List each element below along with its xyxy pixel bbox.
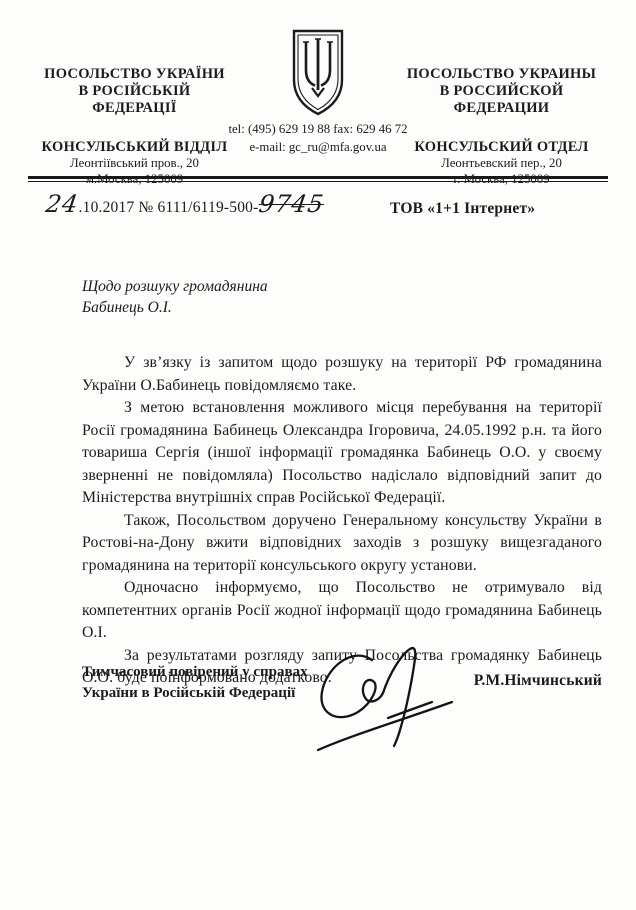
email-line: e-mail: gc_ru@mfa.gov.ua	[228, 140, 407, 155]
subject-block: Щодо розшуку громадянина Бабинець О.І.	[82, 276, 268, 318]
address-ru-line1: Леонтьевский пер., 20	[393, 156, 610, 172]
handwritten-outgoing-number: 9745	[257, 194, 325, 214]
address-ua: Леонтіївський пров., 20 м.Москва, 125009	[26, 156, 243, 187]
signer-title-line2: України в Російській Федерації	[82, 683, 308, 704]
address-ru: Леонтьевский пер., 20 г. Москва, 125009	[393, 156, 610, 187]
org-name-ru-line1: ПОСОЛЬСТВО УКРАИНЫ	[393, 66, 610, 83]
letterhead: ПОСОЛЬСТВО УКРАЇНИ В РОСІЙСЬКІЙ ФЕДЕРАЦІ…	[26, 28, 610, 187]
recipient: ТОВ «1+1 Інтернет»	[390, 200, 535, 218]
org-name-ua-line1: ПОСОЛЬСТВО УКРАЇНИ	[26, 66, 243, 83]
paragraph-2: З метою встановлення можливого місця пер…	[82, 397, 602, 510]
tel-fax-line: tel: (495) 629 19 88 fax: 629 46 72	[228, 122, 407, 137]
dept-name-ru: КОНСУЛЬСКИЙ ОТДЕЛ	[393, 139, 610, 156]
subject-line2: Бабинець О.І.	[82, 297, 268, 318]
org-name-ru: ПОСОЛЬСТВО УКРАИНЫ В РОССИЙСКОЙ ФЕДЕРАЦИ…	[393, 66, 610, 117]
paragraph-3: Також, Посольством доручено Генеральному…	[82, 510, 602, 578]
address-ua-line1: Леонтіївський пров., 20	[26, 156, 243, 172]
letterhead-russian-block: ПОСОЛЬСТВО УКРАИНЫ В РОССИЙСКОЙ ФЕДЕРАЦИ…	[393, 28, 610, 187]
dept-name-ua: КОНСУЛЬСЬКИЙ ВІДДІЛ	[26, 139, 243, 156]
org-name-ru-line3: ФЕДЕРАЦИИ	[393, 100, 610, 117]
org-name-ru-line2: В РОССИЙСКОЙ	[393, 83, 610, 100]
reference-number-typed: .10.2017 № 6111/6119-500-	[79, 199, 259, 217]
signer-title: Тимчасовий повірений у справах України в…	[82, 662, 308, 704]
paragraph-4: Одночасно інформуємо, що Посольство не о…	[82, 577, 602, 645]
header-divider-rule	[28, 176, 608, 182]
letterhead-ukrainian-block: ПОСОЛЬСТВО УКРАЇНИ В РОСІЙСЬКІЙ ФЕДЕРАЦІ…	[26, 28, 243, 187]
letterhead-center: tel: (495) 629 19 88 fax: 629 46 72 e-ma…	[243, 28, 393, 155]
org-name-ua-line2: В РОСІЙСЬКІЙ	[26, 83, 243, 100]
org-name-ua: ПОСОЛЬСТВО УКРАЇНИ В РОСІЙСЬКІЙ ФЕДЕРАЦІ…	[26, 66, 243, 117]
org-name-ua-line3: ФЕДЕРАЦІЇ	[26, 100, 243, 117]
scanned-letter-page: ПОСОЛЬСТВО УКРАЇНИ В РОСІЙСЬКІЙ ФЕДЕРАЦІ…	[0, 0, 636, 910]
ukraine-trident-emblem-icon	[286, 28, 350, 118]
subject-line1: Щодо розшуку громадянина	[82, 276, 268, 297]
handwritten-day: 24	[45, 194, 80, 214]
contacts: tel: (495) 629 19 88 fax: 629 46 72 e-ma…	[228, 122, 407, 155]
signer-name: Р.М.Німчинський	[474, 672, 602, 690]
paragraph-1: У зв’язку із запитом щодо розшуку на тер…	[82, 352, 602, 397]
handwritten-signature-icon	[310, 638, 460, 762]
signer-title-line1: Тимчасовий повірений у справах	[82, 662, 308, 683]
signature-block: Тимчасовий повірений у справах України в…	[82, 658, 606, 778]
